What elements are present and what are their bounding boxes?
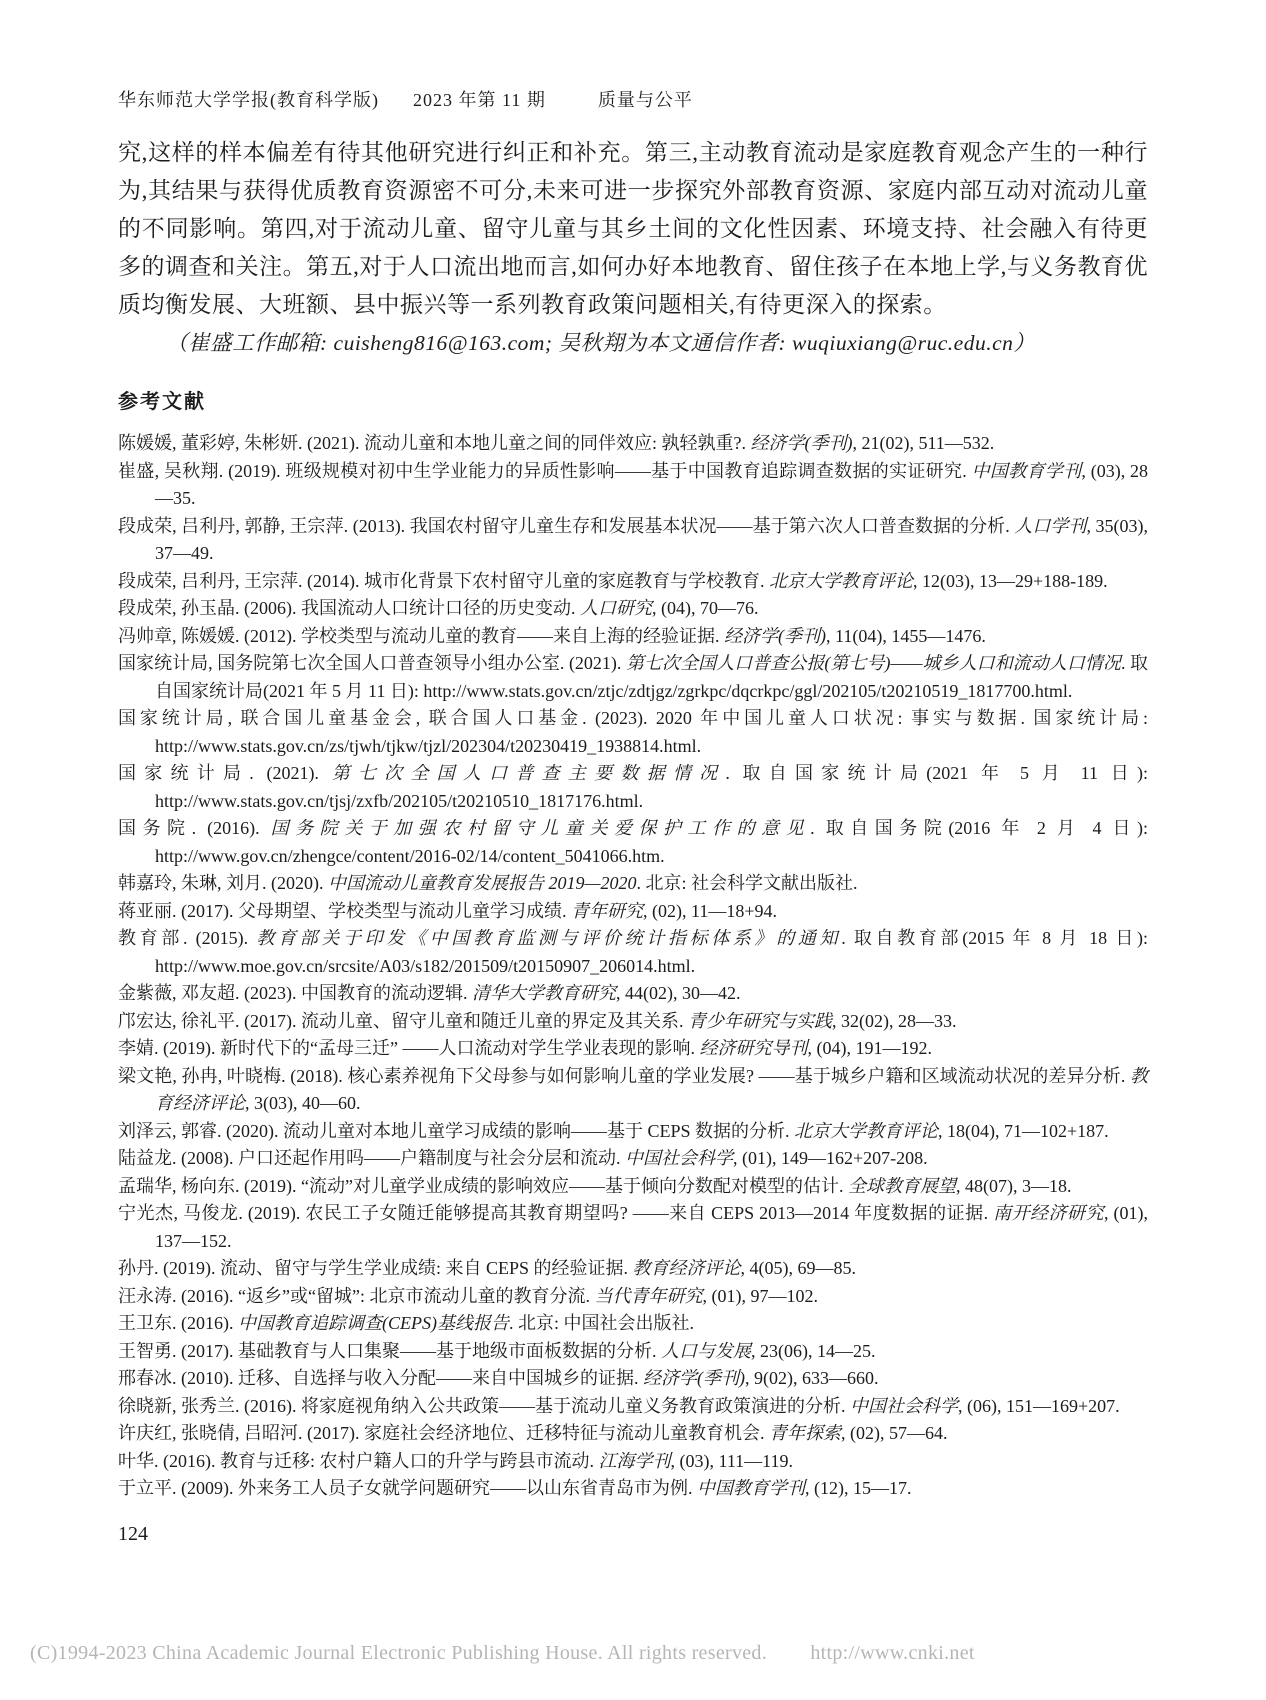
reference-text: 王智勇. (2017). 基础教育与人口集聚——基于地级市面板数据的分析.	[118, 1341, 661, 1361]
reference-text: , 9(02), 633—660.	[745, 1368, 879, 1388]
reference-text: . 北京: 社会科学文献出版社.	[637, 873, 858, 893]
reference-text: 国家统计局, 联合国儿童基金会, 联合国人口基金. (2023). 2020 年…	[118, 708, 1148, 756]
reference-text: , (04), 70—76.	[652, 598, 759, 618]
reference-source-title: 中国教育学刊	[972, 461, 1082, 481]
reference-entry: 孟瑞华, 杨向东. (2019). “流动”对儿童学业成绩的影响效应——基于倾向…	[118, 1173, 1148, 1201]
reference-entry: 许庆红, 张晓倩, 吕昭河. (2017). 家庭社会经济地位、迁移特征与流动儿…	[118, 1420, 1148, 1448]
reference-list: 陈媛媛, 董彩婷, 朱彬妍. (2021). 流动儿童和本地儿童之间的同伴效应:…	[118, 430, 1148, 1503]
reference-entry: 蒋亚丽. (2017). 父母期望、学校类型与流动儿童学习成绩. 青年研究, (…	[118, 898, 1148, 926]
reference-text: , (02), 11—18+94.	[643, 901, 777, 921]
reference-source-title: 南开经济研究	[993, 1203, 1104, 1223]
reference-source-title: 经济学(季刊)	[724, 626, 826, 646]
reference-text: , (02), 57—64.	[841, 1423, 948, 1443]
reference-text: 蒋亚丽. (2017). 父母期望、学校类型与流动儿童学习成绩.	[118, 901, 571, 921]
journal-page: 华东师范大学学报(教育科学版) 2023 年第 11 期 质量与公平 究,这样的…	[0, 0, 1266, 1700]
reference-entry: 段成荣, 吕利丹, 王宗萍. (2014). 城市化背景下农村留守儿童的家庭教育…	[118, 568, 1148, 596]
reference-entry: 于立平. (2009). 外来务工人员子女就学问题研究——以山东省青岛市为例. …	[118, 1475, 1148, 1503]
reference-entry: 国家统计局, 联合国儿童基金会, 联合国人口基金. (2023). 2020 年…	[118, 705, 1148, 760]
reference-text: 许庆红, 张晓倩, 吕昭河. (2017). 家庭社会经济地位、迁移特征与流动儿…	[118, 1423, 769, 1443]
reference-text: 邢春冰. (2010). 迁移、自选择与收入分配——来自中国城乡的证据.	[118, 1368, 643, 1388]
reference-text: , 18(04), 71—102+187.	[938, 1121, 1109, 1141]
reference-text: 段成荣, 孙玉晶. (2006). 我国流动人口统计口径的历史变动.	[118, 598, 580, 618]
reference-text: 崔盛, 吴秋翔. (2019). 班级规模对初中生学业能力的异质性影响——基于中…	[118, 461, 972, 481]
reference-text: 段成荣, 吕利丹, 郭静, 王宗萍. (2013). 我国农村留守儿童生存和发展…	[118, 516, 1014, 536]
reference-source-title: 中国教育追踪调查(CEPS)基线报告	[238, 1313, 509, 1333]
reference-source-title: 北京大学教育评论	[794, 1121, 938, 1141]
reference-entry: 孙丹. (2019). 流动、留守与学生学业成绩: 来自 CEPS 的经验证据.…	[118, 1255, 1148, 1283]
reference-text: , 4(05), 69—85.	[741, 1258, 857, 1278]
references-heading: 参考文献	[118, 390, 1148, 414]
page-content: 究,这样的样本偏差有待其他研究进行纠正和补充。第三,主动教育流动是家庭教育观念产…	[118, 134, 1148, 1546]
reference-text: 梁文艳, 孙冉, 叶晓梅. (2018). 核心素养视角下父母参与如何影响儿童的…	[118, 1066, 1130, 1086]
reference-text: 韩嘉玲, 朱琳, 刘月. (2020).	[118, 873, 328, 893]
reference-text: 刘泽云, 郭睿. (2020). 流动儿童对本地儿童学习成绩的影响——基于 CE…	[118, 1121, 794, 1141]
journal-column: 质量与公平	[598, 86, 693, 112]
reference-entry: 冯帅章, 陈媛媛. (2012). 学校类型与流动儿童的教育——来自上海的经验证…	[118, 623, 1148, 651]
reference-entry: 邝宏达, 徐礼平. (2017). 流动儿童、留守儿童和随迁儿童的界定及其关系.…	[118, 1008, 1148, 1036]
reference-text: 徐晓新, 张秀兰. (2016). 将家庭视角纳入公共政策——基于流动儿童义务教…	[118, 1396, 850, 1416]
reference-text: 国家统计局, 国务院第七次全国人口普查领导小组办公室. (2021).	[118, 653, 626, 673]
reference-entry: 徐晓新, 张秀兰. (2016). 将家庭视角纳入公共政策——基于流动儿童义务教…	[118, 1393, 1148, 1421]
reference-entry: 教育部. (2015). 教育部关于印发《中国教育监测与评价统计指标体系》的通知…	[118, 925, 1148, 980]
reference-source-title: 中国教育学刊	[697, 1478, 805, 1498]
reference-source-title: 人口研究	[580, 598, 652, 618]
reference-entry: 邢春冰. (2010). 迁移、自选择与收入分配——来自中国城乡的证据. 经济学…	[118, 1365, 1148, 1393]
reference-text: , (01), 97—102.	[702, 1286, 818, 1306]
reference-text: 陈媛媛, 董彩婷, 朱彬妍. (2021). 流动儿童和本地儿童之间的同伴效应:…	[118, 433, 750, 453]
reference-source-title: 当代青年研究	[594, 1286, 702, 1306]
reference-source-title: 中国社会科学	[850, 1396, 958, 1416]
page-number: 124	[118, 1523, 1148, 1546]
author-contact-note: （崔盛工作邮箱: cuisheng816@163.com; 吴秋翔为本文通信作者…	[118, 324, 1148, 362]
reference-source-title: 人口学刊	[1014, 516, 1086, 536]
reference-source-title: 第七次全国人口普查主要数据情况	[332, 763, 726, 783]
reference-text: , 32(02), 28—33.	[832, 1011, 957, 1031]
reference-entry: 王智勇. (2017). 基础教育与人口集聚——基于地级市面板数据的分析. 人口…	[118, 1338, 1148, 1366]
reference-entry: 韩嘉玲, 朱琳, 刘月. (2020). 中国流动儿童教育发展报告 2019—2…	[118, 870, 1148, 898]
reference-text: 李婧. (2019). 新时代下的“孟母三迁” ——人口流动对学生学业表现的影响…	[118, 1038, 699, 1058]
reference-text: , 12(03), 13—29+188-189.	[913, 571, 1108, 591]
reference-source-title: 经济学(季刊)	[750, 433, 852, 453]
reference-entry: 陆益龙. (2008). 户口还起作用吗——户籍制度与社会分层和流动. 中国社会…	[118, 1145, 1148, 1173]
body-paragraph: 究,这样的样本偏差有待其他研究进行纠正和补充。第三,主动教育流动是家庭教育观念产…	[118, 134, 1148, 324]
reference-source-title: 经济研究导刊	[699, 1038, 807, 1058]
reference-text: 孙丹. (2019). 流动、留守与学生学业成绩: 来自 CEPS 的经验证据.	[118, 1258, 633, 1278]
reference-entry: 李婧. (2019). 新时代下的“孟母三迁” ——人口流动对学生学业表现的影响…	[118, 1035, 1148, 1063]
reference-source-title: 北京大学教育评论	[769, 571, 913, 591]
reference-entry: 段成荣, 吕利丹, 郭静, 王宗萍. (2013). 我国农村留守儿童生存和发展…	[118, 513, 1148, 568]
reference-text: 金紫薇, 邓友超. (2023). 中国教育的流动逻辑.	[118, 983, 472, 1003]
reference-text: 陆益龙. (2008). 户口还起作用吗——户籍制度与社会分层和流动.	[118, 1148, 625, 1168]
reference-source-title: 全球教育展望	[848, 1176, 956, 1196]
reference-text: 汪永涛. (2016). “返乡”或“留城”: 北京市流动儿童的教育分流.	[118, 1286, 594, 1306]
journal-name: 华东师范大学学报(教育科学版)	[118, 86, 379, 112]
reference-source-title: 青少年研究与实践	[688, 1011, 832, 1031]
reference-text: , (03), 111—119.	[671, 1451, 793, 1471]
reference-source-title: 第七次全国人口普查公报(第七号)——城乡人口和流动人口情况	[626, 653, 1121, 673]
footer-copyright: (C)1994-2023 China Academic Journal Elec…	[30, 1642, 767, 1664]
reference-source-title: 中国流动儿童教育发展报告 2019—2020	[328, 873, 637, 893]
reference-entry: 段成荣, 孙玉晶. (2006). 我国流动人口统计口径的历史变动. 人口研究,…	[118, 595, 1148, 623]
reference-text: , 21(02), 511—532.	[852, 433, 994, 453]
reference-entry: 金紫薇, 邓友超. (2023). 中国教育的流动逻辑. 清华大学教育研究, 4…	[118, 980, 1148, 1008]
reference-text: 国务院. (2016).	[118, 818, 271, 838]
reference-entry: 国家统计局. (2021). 第七次全国人口普查主要数据情况. 取自国家统计局(…	[118, 760, 1148, 815]
reference-entry: 汪永涛. (2016). “返乡”或“留城”: 北京市流动儿童的教育分流. 当代…	[118, 1283, 1148, 1311]
reference-text: , 44(02), 30—42.	[616, 983, 741, 1003]
reference-source-title: 教育经济评论	[633, 1258, 741, 1278]
reference-source-title: 国务院关于加强农村留守儿童关爱保护工作的意见	[271, 818, 811, 838]
reference-source-title: 青年探索	[769, 1423, 841, 1443]
reference-text: 于立平. (2009). 外来务工人员子女就学问题研究——以山东省青岛市为例.	[118, 1478, 697, 1498]
reference-text: . 北京: 中国社会出版社.	[509, 1313, 694, 1333]
reference-entry: 梁文艳, 孙冉, 叶晓梅. (2018). 核心素养视角下父母参与如何影响儿童的…	[118, 1063, 1148, 1118]
reference-text: 段成荣, 吕利丹, 王宗萍. (2014). 城市化背景下农村留守儿童的家庭教育…	[118, 571, 769, 591]
reference-text: , (12), 15—17.	[805, 1478, 912, 1498]
reference-text: , (01), 149—162+207-208.	[733, 1148, 928, 1168]
reference-source-title: 教育部关于印发《中国教育监测与评价统计指标体系》的通知	[256, 928, 841, 948]
reference-entry: 崔盛, 吴秋翔. (2019). 班级规模对初中生学业能力的异质性影响——基于中…	[118, 458, 1148, 513]
reference-text: , (06), 151—169+207.	[958, 1396, 1120, 1416]
journal-header: 华东师范大学学报(教育科学版) 2023 年第 11 期 质量与公平	[118, 86, 693, 112]
reference-entry: 王卫东. (2016). 中国教育追踪调查(CEPS)基线报告. 北京: 中国社…	[118, 1310, 1148, 1338]
reference-text: 国家统计局. (2021).	[118, 763, 332, 783]
reference-text: 邝宏达, 徐礼平. (2017). 流动儿童、留守儿童和随迁儿童的界定及其关系.	[118, 1011, 688, 1031]
reference-source-title: 青年研究	[571, 901, 643, 921]
reference-text: 孟瑞华, 杨向东. (2019). “流动”对儿童学业成绩的影响效应——基于倾向…	[118, 1176, 848, 1196]
reference-text: , 23(06), 14—25.	[751, 1341, 876, 1361]
journal-issue: 2023 年第 11 期	[413, 86, 546, 112]
reference-text: , (04), 191—192.	[807, 1038, 932, 1058]
reference-entry: 刘泽云, 郭睿. (2020). 流动儿童对本地儿童学习成绩的影响——基于 CE…	[118, 1118, 1148, 1146]
reference-source-title: 中国社会科学	[625, 1148, 733, 1168]
reference-source-title: 清华大学教育研究	[472, 983, 616, 1003]
reference-source-title: 江海学刊	[599, 1451, 671, 1471]
reference-entry: 陈媛媛, 董彩婷, 朱彬妍. (2021). 流动儿童和本地儿童之间的同伴效应:…	[118, 430, 1148, 458]
reference-entry: 国务院. (2016). 国务院关于加强农村留守儿童关爱保护工作的意见. 取自国…	[118, 815, 1148, 870]
reference-entry: 叶华. (2016). 教育与迁移: 农村户籍人口的升学与跨县市流动. 江海学刊…	[118, 1448, 1148, 1476]
reference-text: 宁光杰, 马俊龙. (2019). 农民工子女随迁能够提高其教育期望吗? ——来…	[118, 1203, 993, 1223]
reference-entry: 宁光杰, 马俊龙. (2019). 农民工子女随迁能够提高其教育期望吗? ——来…	[118, 1200, 1148, 1255]
reference-text: , 11(04), 1455—1476.	[826, 626, 986, 646]
reference-text: 冯帅章, 陈媛媛. (2012). 学校类型与流动儿童的教育——来自上海的经验证…	[118, 626, 724, 646]
reference-text: 教育部. (2015).	[118, 928, 256, 948]
reference-text: , 3(03), 40—60.	[245, 1093, 361, 1113]
footer: (C)1994-2023 China Academic Journal Elec…	[30, 1642, 975, 1665]
reference-text: 叶华. (2016). 教育与迁移: 农村户籍人口的升学与跨县市流动.	[118, 1451, 599, 1471]
reference-source-title: 经济学(季刊)	[643, 1368, 745, 1388]
reference-text: 王卫东. (2016).	[118, 1313, 238, 1333]
reference-entry: 国家统计局, 国务院第七次全国人口普查领导小组办公室. (2021). 第七次全…	[118, 650, 1148, 705]
reference-source-title: 人口与发展	[661, 1341, 751, 1361]
footer-url: http://www.cnki.net	[810, 1642, 974, 1664]
reference-text: , 48(07), 3—18.	[956, 1176, 1072, 1196]
